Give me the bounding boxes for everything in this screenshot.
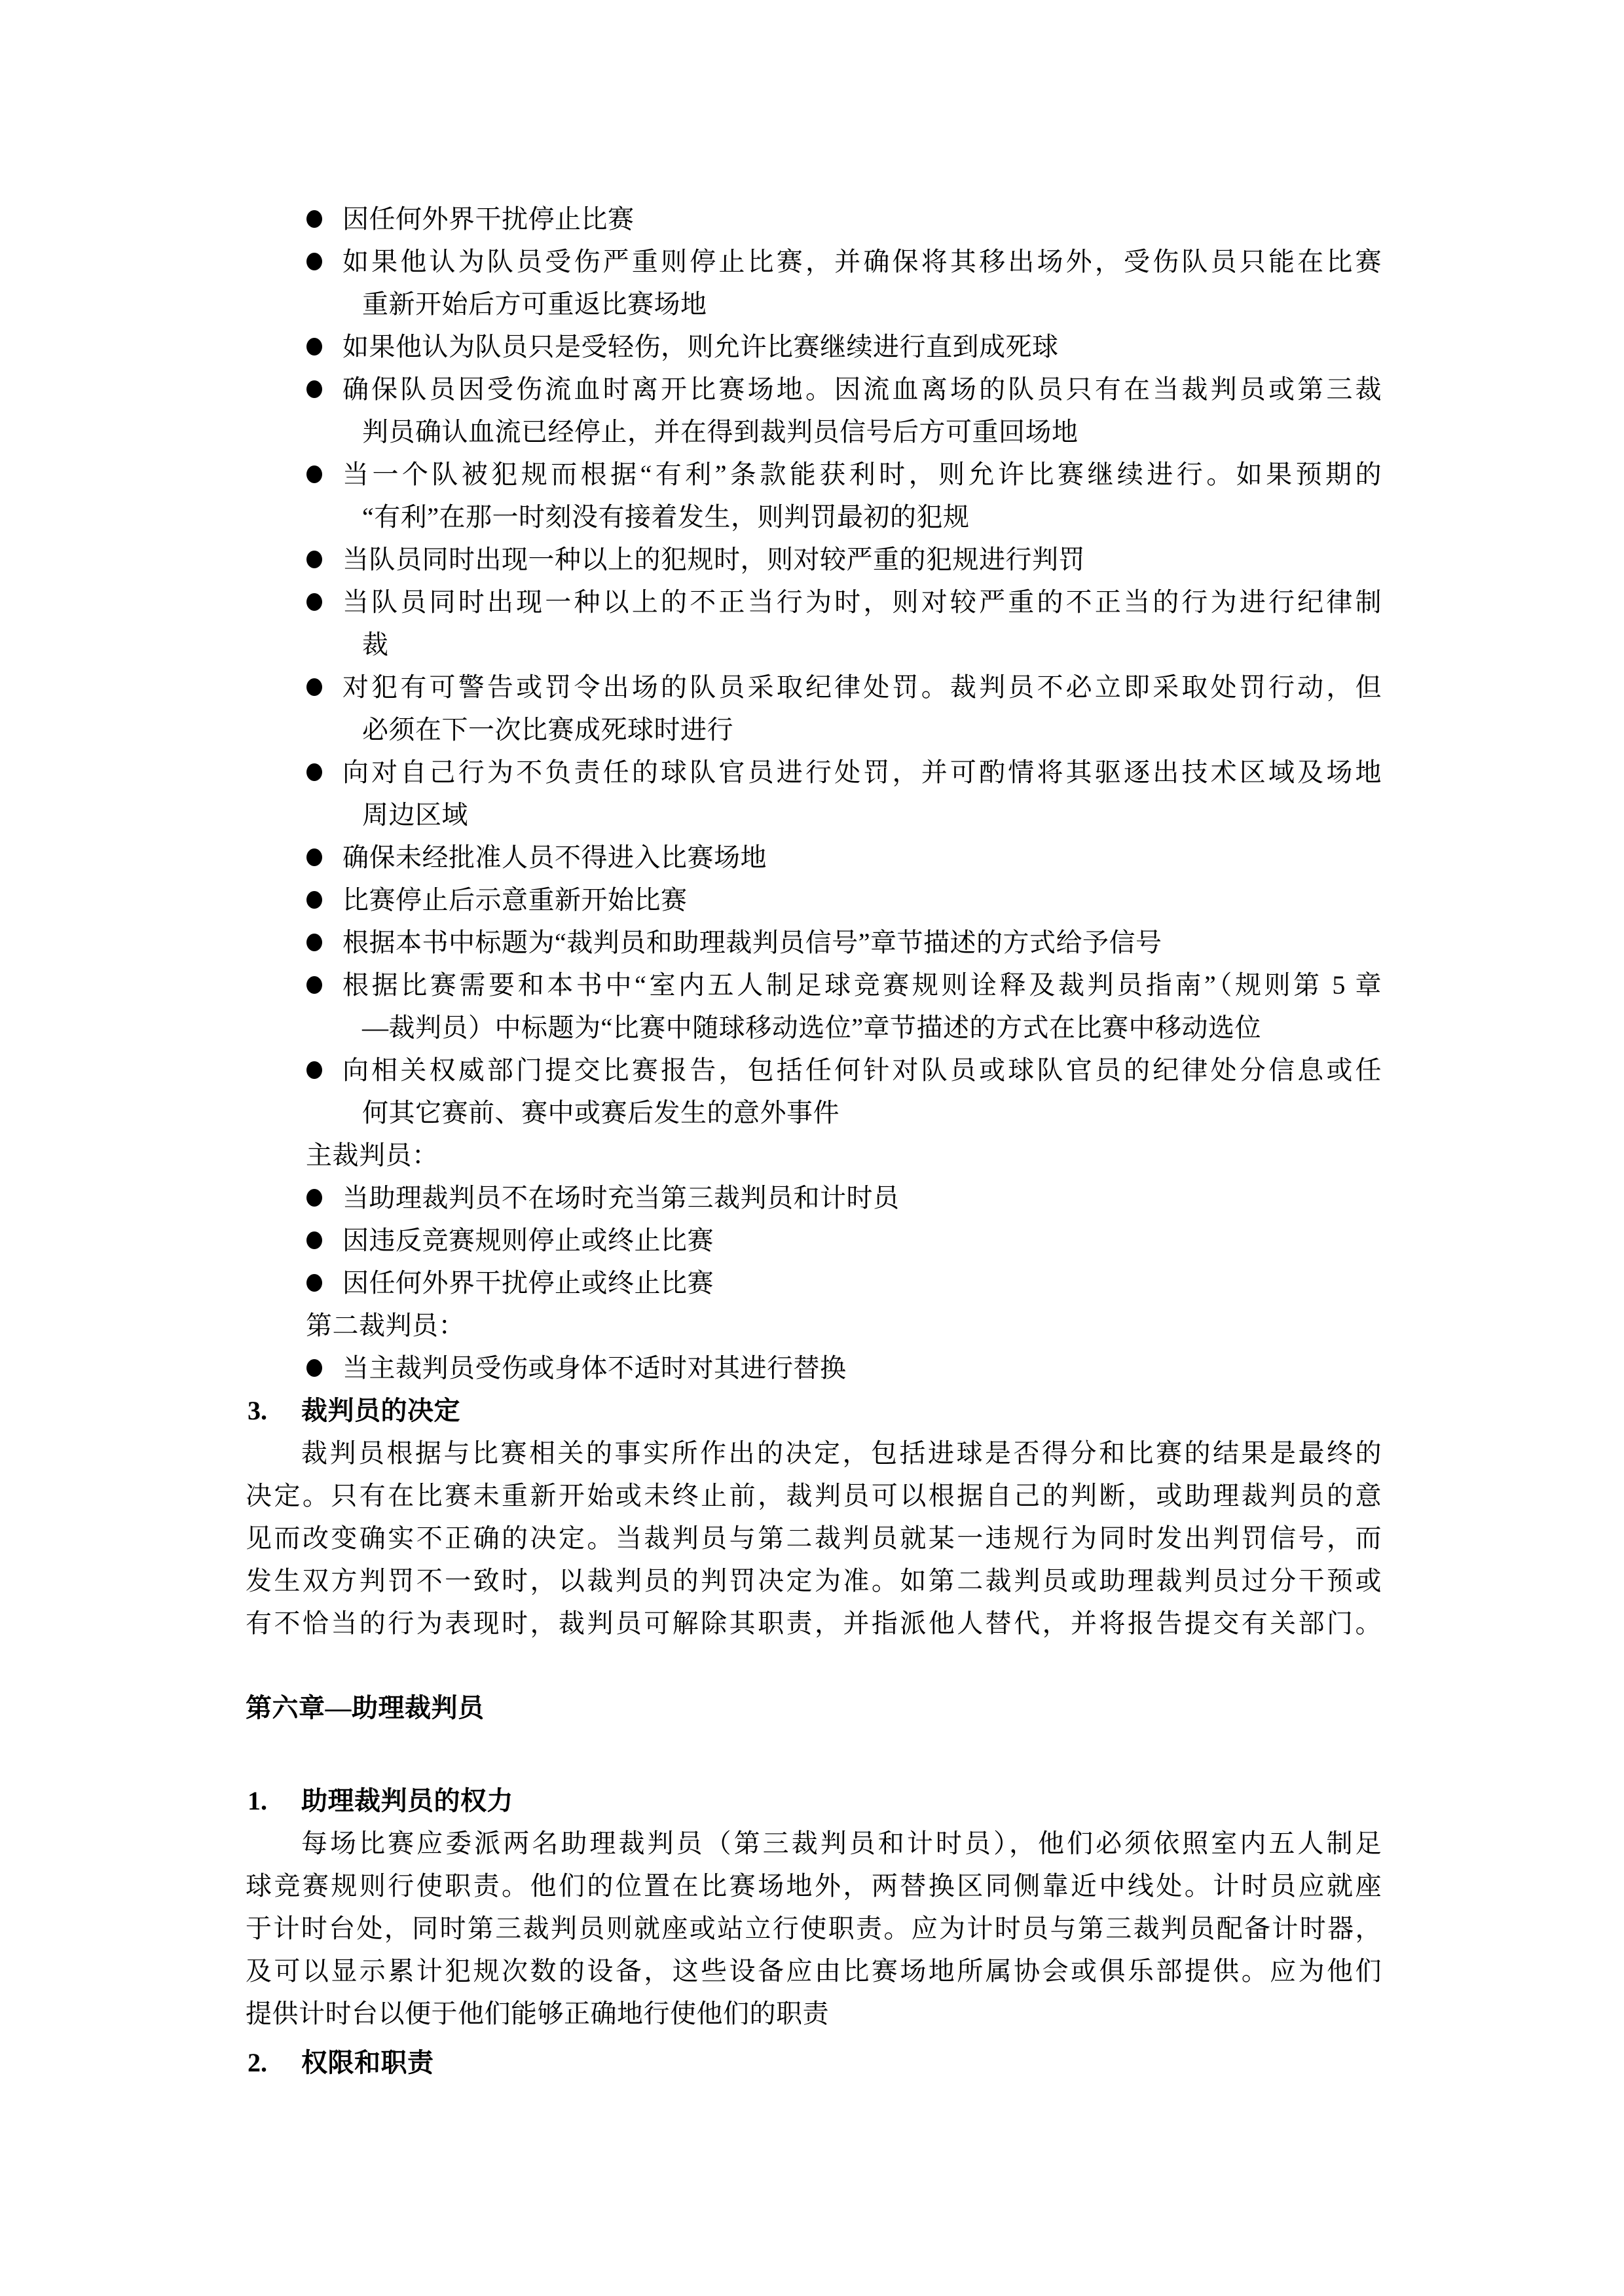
bullet-line: 确保未经批准人员不得进入比赛场地 bbox=[342, 836, 1382, 879]
paragraph-line: 有不恰当的行为表现时，裁判员可解除其职责，并指派他人替代，并将报告提交有关部门。 bbox=[246, 1602, 1382, 1645]
bullet-icon bbox=[306, 1061, 322, 1079]
bullet-item: 因违反竞赛规则停止或终止比赛 bbox=[246, 1219, 1382, 1262]
bullet-icon bbox=[306, 465, 322, 483]
section-heading: 1.助理裁判员的权力 bbox=[248, 1779, 1382, 1822]
bullet-line: 当队员同时出现一种以上的犯规时，则对较严重的犯规进行判罚 bbox=[342, 538, 1382, 581]
referee-label: 主裁判员： bbox=[306, 1134, 1382, 1176]
section-title: 裁判员的决定 bbox=[301, 1396, 460, 1425]
bullet-item: 根据本书中标题为“裁判员和助理裁判员信号”章节描述的方式给予信号 bbox=[246, 921, 1382, 964]
bullet-line: 因任何外界干扰停止或终止比赛 bbox=[342, 1262, 1382, 1304]
paragraph-line: 及可以显示累计犯规次数的设备，这些设备应由比赛场地所属协会或俱乐部提供。应为他们 bbox=[246, 1950, 1382, 1992]
bullet-line: 根据比赛需要和本书中“室内五人制足球竞赛规则诠释及裁判员指南”（规则第 5 章 bbox=[342, 964, 1382, 1006]
bullet-line: 根据本书中标题为“裁判员和助理裁判员信号”章节描述的方式给予信号 bbox=[342, 921, 1382, 964]
bullet-icon bbox=[306, 1274, 322, 1292]
bullet-line: 因任何外界干扰停止比赛 bbox=[342, 198, 1382, 240]
bullet-line: 比赛停止后示意重新开始比赛 bbox=[342, 879, 1382, 921]
bullet-icon bbox=[306, 338, 322, 355]
section-heading: 3.裁判员的决定 bbox=[248, 1389, 1382, 1432]
section-title: 权限和职责 bbox=[301, 2048, 434, 2077]
page: 因任何外界干扰停止比赛如果他认为队员受伤严重则停止比赛，并确保将其移出场外，受伤… bbox=[0, 0, 1624, 2296]
bullet-item: 根据比赛需要和本书中“室内五人制足球竞赛规则诠释及裁判员指南”（规则第 5 章—… bbox=[246, 964, 1382, 1049]
bullet-line: 如果他认为队员受伤严重则停止比赛，并确保将其移出场外，受伤队员只能在比赛 bbox=[342, 240, 1382, 283]
paragraph-line: 发生双方判罚不一致时，以裁判员的判罚决定为准。如第二裁判员或助理裁判员过分干预或 bbox=[246, 1559, 1382, 1602]
bullet-icon bbox=[306, 593, 322, 611]
bullet-icon bbox=[306, 976, 322, 994]
bullet-line: 必须在下一次比赛成死球时进行 bbox=[362, 708, 1382, 751]
bullet-line: 重新开始后方可重返比赛场地 bbox=[362, 283, 1382, 325]
bullet-line: 裁 bbox=[362, 623, 1382, 666]
paragraph-line: 裁判员根据与比赛相关的事实所作出的决定，包括进球是否得分和比赛的结果是最终的 bbox=[301, 1432, 1382, 1474]
bullet-icon bbox=[306, 848, 322, 866]
paragraph-line: 决定。只有在比赛未重新开始或未终止前，裁判员可以根据自己的判断，或助理裁判员的意 bbox=[246, 1474, 1382, 1517]
bullet-icon bbox=[306, 551, 322, 568]
bullet-item: 比赛停止后示意重新开始比赛 bbox=[246, 879, 1382, 921]
bullet-icon bbox=[306, 891, 322, 909]
bullet-line: 何其它赛前、赛中或赛后发生的意外事件 bbox=[362, 1091, 1382, 1134]
bullet-icon bbox=[306, 210, 322, 228]
bullet-item: 确保队员因受伤流血时离开比赛场地。因流血离场的队员只有在当裁判员或第三裁判员确认… bbox=[246, 368, 1382, 453]
bullet-line: 当助理裁判员不在场时充当第三裁判员和计时员 bbox=[342, 1176, 1382, 1219]
chapter-heading: 第六章—助理裁判员 bbox=[246, 1686, 1382, 1729]
section-heading: 2.权限和职责 bbox=[248, 2041, 1382, 2084]
bullet-icon bbox=[306, 1189, 322, 1207]
bullet-line: “有利”在那一时刻没有接着发生，则判罚最初的犯规 bbox=[362, 496, 1382, 538]
bullet-icon bbox=[306, 380, 322, 398]
paragraph-line: 于计时台处，同时第三裁判员则就座或站立行使职责。应为计时员与第三裁判员配备计时器… bbox=[246, 1907, 1382, 1950]
bullet-line: 当主裁判员受伤或身体不适时对其进行替换 bbox=[342, 1347, 1382, 1389]
referee-label: 第二裁判员： bbox=[306, 1304, 1382, 1347]
bullet-icon bbox=[306, 1231, 322, 1249]
bullet-item: 对犯有可警告或罚令出场的队员采取纪律处罚。裁判员不必立即采取处罚行动，但必须在下… bbox=[246, 666, 1382, 751]
paragraph-line: 球竞赛规则行使职责。他们的位置在比赛场地外，两替换区同侧靠近中线处。计时员应就座 bbox=[246, 1865, 1382, 1907]
bullet-icon bbox=[306, 1359, 322, 1377]
bullet-line: 对犯有可警告或罚令出场的队员采取纪律处罚。裁判员不必立即采取处罚行动，但 bbox=[342, 666, 1382, 708]
bullet-line: 周边区域 bbox=[362, 793, 1382, 836]
bullet-line: 判员确认血流已经停止，并在得到裁判员信号后方可重回场地 bbox=[362, 410, 1382, 453]
bullet-icon bbox=[306, 253, 322, 270]
bullet-line: 当队员同时出现一种以上的不正当行为时，则对较严重的不正当的行为进行纪律制 bbox=[342, 581, 1382, 623]
bullet-item: 如果他认为队员只是受轻伤，则允许比赛继续进行直到成死球 bbox=[246, 325, 1382, 368]
paragraph: 每场比赛应委派两名助理裁判员（第三裁判员和计时员），他们必须依照室内五人制足球竞… bbox=[246, 1822, 1382, 2035]
bullet-item: 向相关权威部门提交比赛报告，包括任何针对队员或球队官员的纪律处分信息或任何其它赛… bbox=[246, 1049, 1382, 1134]
bullet-item: 当队员同时出现一种以上的犯规时，则对较严重的犯规进行判罚 bbox=[246, 538, 1382, 581]
section-title: 助理裁判员的权力 bbox=[301, 1786, 513, 1815]
bullet-item: 当一个队被犯规而根据“有利”条款能获利时，则允许比赛继续进行。如果预期的“有利”… bbox=[246, 453, 1382, 538]
bullet-line: —裁判员）中标题为“比赛中随球移动选位”章节描述的方式在比赛中移动选位 bbox=[362, 1006, 1382, 1049]
document-body: 因任何外界干扰停止比赛如果他认为队员受伤严重则停止比赛，并确保将其移出场外，受伤… bbox=[246, 198, 1382, 2084]
bullet-line: 如果他认为队员只是受轻伤，则允许比赛继续进行直到成死球 bbox=[342, 325, 1382, 368]
bullet-icon bbox=[306, 934, 322, 951]
bullet-icon bbox=[306, 763, 322, 781]
bullet-item: 向对自己行为不负责任的球队官员进行处罚，并可酌情将其驱逐出技术区域及场地周边区域 bbox=[246, 751, 1382, 836]
paragraph-line: 每场比赛应委派两名助理裁判员（第三裁判员和计时员），他们必须依照室内五人制足 bbox=[301, 1822, 1382, 1865]
bullet-item: 确保未经批准人员不得进入比赛场地 bbox=[246, 836, 1382, 879]
bullet-line: 向对自己行为不负责任的球队官员进行处罚，并可酌情将其驱逐出技术区域及场地 bbox=[342, 751, 1382, 793]
section-number: 1. bbox=[248, 1779, 301, 1822]
bullet-item: 因任何外界干扰停止比赛 bbox=[246, 198, 1382, 240]
bullet-line: 确保队员因受伤流血时离开比赛场地。因流血离场的队员只有在当裁判员或第三裁 bbox=[342, 368, 1382, 410]
bullet-line: 因违反竞赛规则停止或终止比赛 bbox=[342, 1219, 1382, 1262]
paragraph: 裁判员根据与比赛相关的事实所作出的决定，包括进球是否得分和比赛的结果是最终的决定… bbox=[246, 1432, 1382, 1645]
bullet-item: 当队员同时出现一种以上的不正当行为时，则对较严重的不正当的行为进行纪律制裁 bbox=[246, 581, 1382, 666]
bullet-icon bbox=[306, 678, 322, 696]
bullet-item: 因任何外界干扰停止或终止比赛 bbox=[246, 1262, 1382, 1304]
section-number: 3. bbox=[248, 1389, 301, 1432]
section-number: 2. bbox=[248, 2041, 301, 2084]
paragraph-line: 提供计时台以便于他们能够正确地行使他们的职责 bbox=[246, 1992, 1382, 2035]
bullet-line: 向相关权威部门提交比赛报告，包括任何针对队员或球队官员的纪律处分信息或任 bbox=[342, 1049, 1382, 1091]
bullet-item: 如果他认为队员受伤严重则停止比赛，并确保将其移出场外，受伤队员只能在比赛重新开始… bbox=[246, 240, 1382, 325]
bullet-line: 当一个队被犯规而根据“有利”条款能获利时，则允许比赛继续进行。如果预期的 bbox=[342, 453, 1382, 496]
bullet-item: 当助理裁判员不在场时充当第三裁判员和计时员 bbox=[246, 1176, 1382, 1219]
paragraph-line: 见而改变确实不正确的决定。当裁判员与第二裁判员就某一违规行为同时发出判罚信号，而 bbox=[246, 1517, 1382, 1559]
bullet-item: 当主裁判员受伤或身体不适时对其进行替换 bbox=[246, 1347, 1382, 1389]
